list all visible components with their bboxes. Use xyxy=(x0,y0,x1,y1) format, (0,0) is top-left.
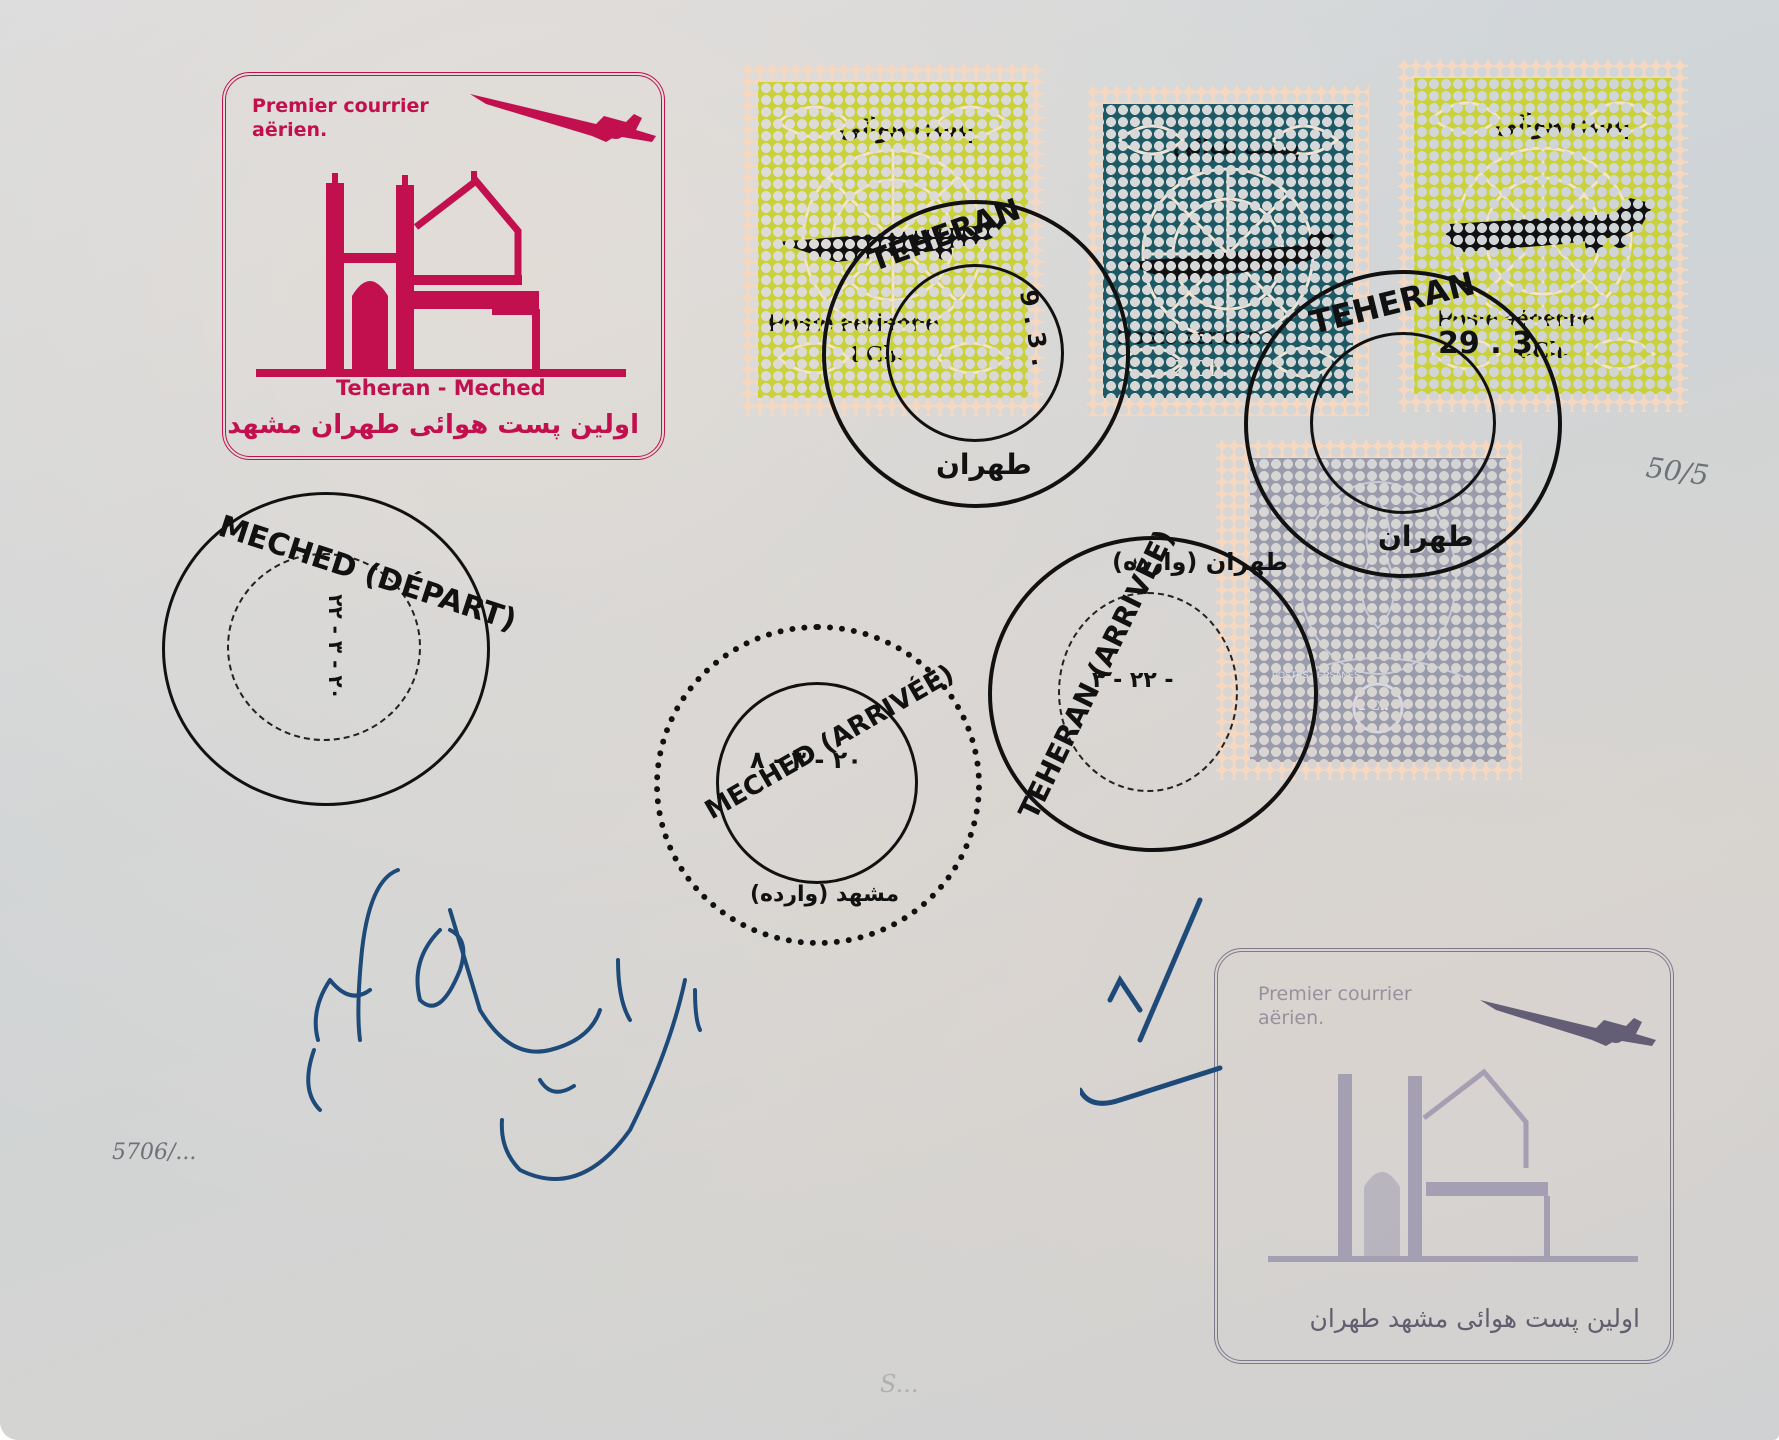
airplane-icon xyxy=(466,86,656,146)
pencil-note-bottom-center: S... xyxy=(880,1370,918,1398)
airplane-overprint-icon xyxy=(1123,219,1343,289)
postmark-date: ٢٠ - ٣ - ٢٢ xyxy=(324,594,348,700)
cachet-route: Teheran - Meched xyxy=(336,376,546,400)
handwritten-address: در کنیه کیمیا کردم xyxy=(290,850,1190,1230)
red-cachet: Premier courrier aërien. xyxy=(222,72,665,460)
airplane-icon xyxy=(1476,992,1656,1052)
cachet-title-line1: Premier courrier xyxy=(252,94,429,118)
cachet-title: Premier courrier aërien. xyxy=(252,94,429,142)
postmark-persian: طهران xyxy=(1378,520,1474,553)
stamp-value: 2 Ch xyxy=(1358,698,1388,715)
postmark-date: 29 . 3 xyxy=(1438,326,1533,361)
shrine-building-icon xyxy=(1268,1062,1648,1272)
cachet-persian-text: اولین پست هوائی طهران مشهد xyxy=(227,410,639,440)
cachet-title-line2: aërien. xyxy=(1258,1006,1412,1030)
postmark-date: ٢٢ - ٣ - xyxy=(1092,668,1174,693)
shrine-building-icon xyxy=(256,171,636,381)
meched-depart-postmark: MECHED (DÉPART) ٢٠ - ٣ - ٢٢ xyxy=(162,492,490,806)
airplane-overprint-icon xyxy=(1444,188,1664,268)
postmark-date: ٢٠ - ٣ - ٨ xyxy=(750,746,862,774)
envelope-cover: Premier courrier aërien. xyxy=(0,0,1779,1440)
teheran-postmark-right: TEHERAN 29 . 3 طهران xyxy=(1244,270,1562,578)
cachet-title-line2: aërien. xyxy=(252,118,429,142)
cachet-persian-text: اولین پست هوائی مشهد طهران xyxy=(1309,1304,1640,1333)
address-text: در کنیه کیمیا کردم xyxy=(410,908,425,911)
teheran-postmark-left: TEHERAN 9 . 3 . طهران xyxy=(822,200,1130,508)
cachet-title: Premier courrier aërien. xyxy=(1258,982,1412,1030)
stamp-overprint-text: Poste aérienne xyxy=(1117,324,1274,350)
cachet-title-line1: Premier courrier xyxy=(1258,982,1412,1006)
pencil-note-bottom-left: 5706/... xyxy=(112,1140,196,1165)
stamp-overprint-persian: پست هوائی xyxy=(1173,130,1299,161)
stamp-value: 2 Ch. xyxy=(1173,356,1228,383)
pencil-note-right: 50/5 xyxy=(1644,451,1711,492)
teheran-arrivee-postmark: TEHERAN (ARRIVÉE) ٢٢ - ٣ - طهران (وارده) xyxy=(988,536,1318,852)
violet-cachet: Premier courrier aërien. اولین پست هوائی… xyxy=(1214,948,1674,1364)
stamp-overprint-persian: پست هوائی xyxy=(838,110,974,143)
stamp-overprint-persian: پست هوائی xyxy=(1494,106,1630,139)
postmark-persian: طهران (وارده) xyxy=(1112,548,1288,576)
handwritten-signature xyxy=(1080,880,1260,1120)
postmark-persian: طهران xyxy=(936,448,1032,481)
